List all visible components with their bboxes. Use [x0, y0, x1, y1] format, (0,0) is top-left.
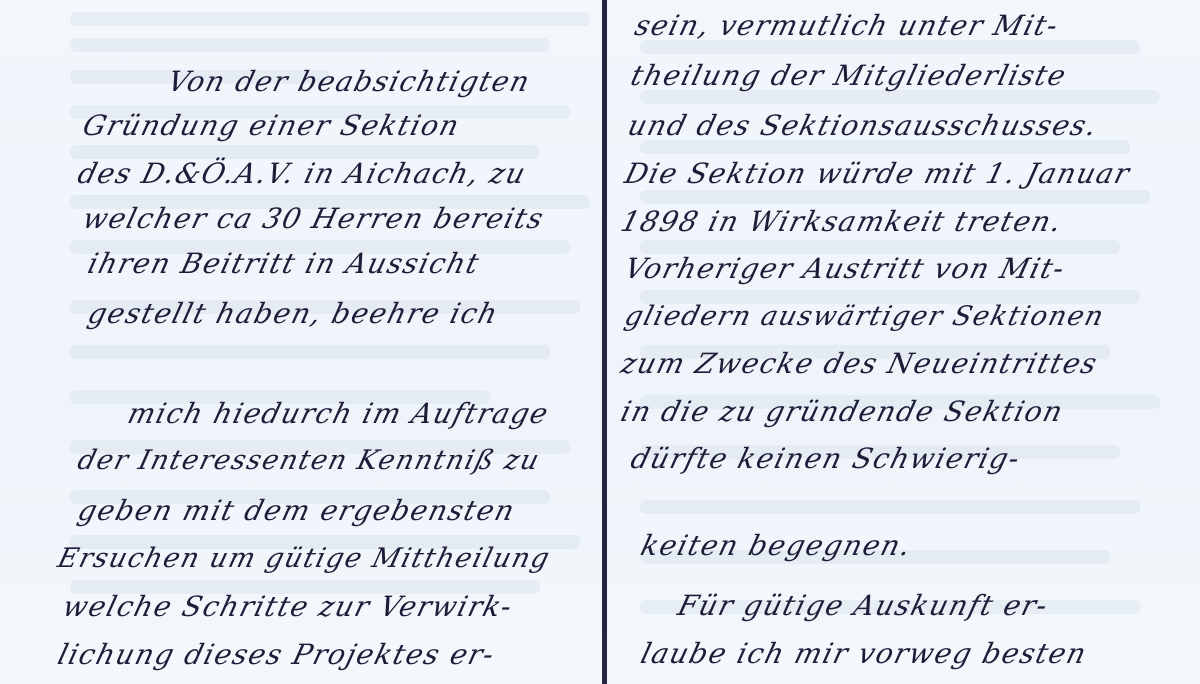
text-line: 1898 in Wirksamkeit treten. [618, 208, 1065, 236]
text-line: Vorheriger Austritt von Mit- [622, 255, 1068, 283]
text-line: der Interessenten Kenntniß zu [75, 447, 543, 474]
text-line: Von der beabsichtigten [165, 68, 533, 96]
text-line: theilung der Mitgliederliste [628, 62, 1070, 90]
text-line: und des Sektionsausschusses. [625, 112, 1101, 140]
text-line: laube ich mir vorweg besten [638, 640, 1090, 668]
text-line: zum Zwecke des Neueintrittes [618, 350, 1101, 378]
scanned-letter-page: Von der beabsichtigten Gründung einer Se… [0, 0, 1200, 684]
text-line: Für gütige Auskunft er- [675, 592, 1051, 620]
text-line: geben mit dem ergebensten [75, 497, 518, 525]
text-line: Ersuchen um gütige Mittheilung [55, 545, 553, 572]
text-line: ihren Beitritt in Aussicht [85, 250, 483, 278]
text-line: des D.&Ö.A.V. in Aichach, zu [75, 160, 529, 188]
text-line: lichung dieses Projektes er- [55, 641, 498, 669]
text-line: gestellt haben, beehre ich [85, 300, 501, 328]
left-column: Von der beabsichtigten Gründung einer Se… [0, 0, 600, 684]
text-line: gliedern auswärtiger Sektionen [622, 303, 1107, 330]
text-line: dürfte keinen Schwierig- [628, 445, 1024, 473]
text-line: in die zu gründende Sektion [618, 398, 1067, 426]
text-line: Die Sektion würde mit 1. Januar [622, 160, 1133, 188]
text-line: sein, vermutlich unter Mit- [632, 12, 1062, 40]
text-line: keiten begegnen. [638, 532, 915, 560]
text-line: mich hiedurch im Auftrage [125, 400, 552, 428]
text-line: Gründung einer Sektion [80, 112, 463, 140]
text-line: welcher ca 30 Herren bereits [80, 205, 547, 233]
right-column: sein, vermutlich unter Mit- theilung der… [610, 0, 1200, 684]
column-divider-rule [602, 0, 607, 684]
text-line: welche Schritte zur Verwirk- [60, 593, 516, 621]
